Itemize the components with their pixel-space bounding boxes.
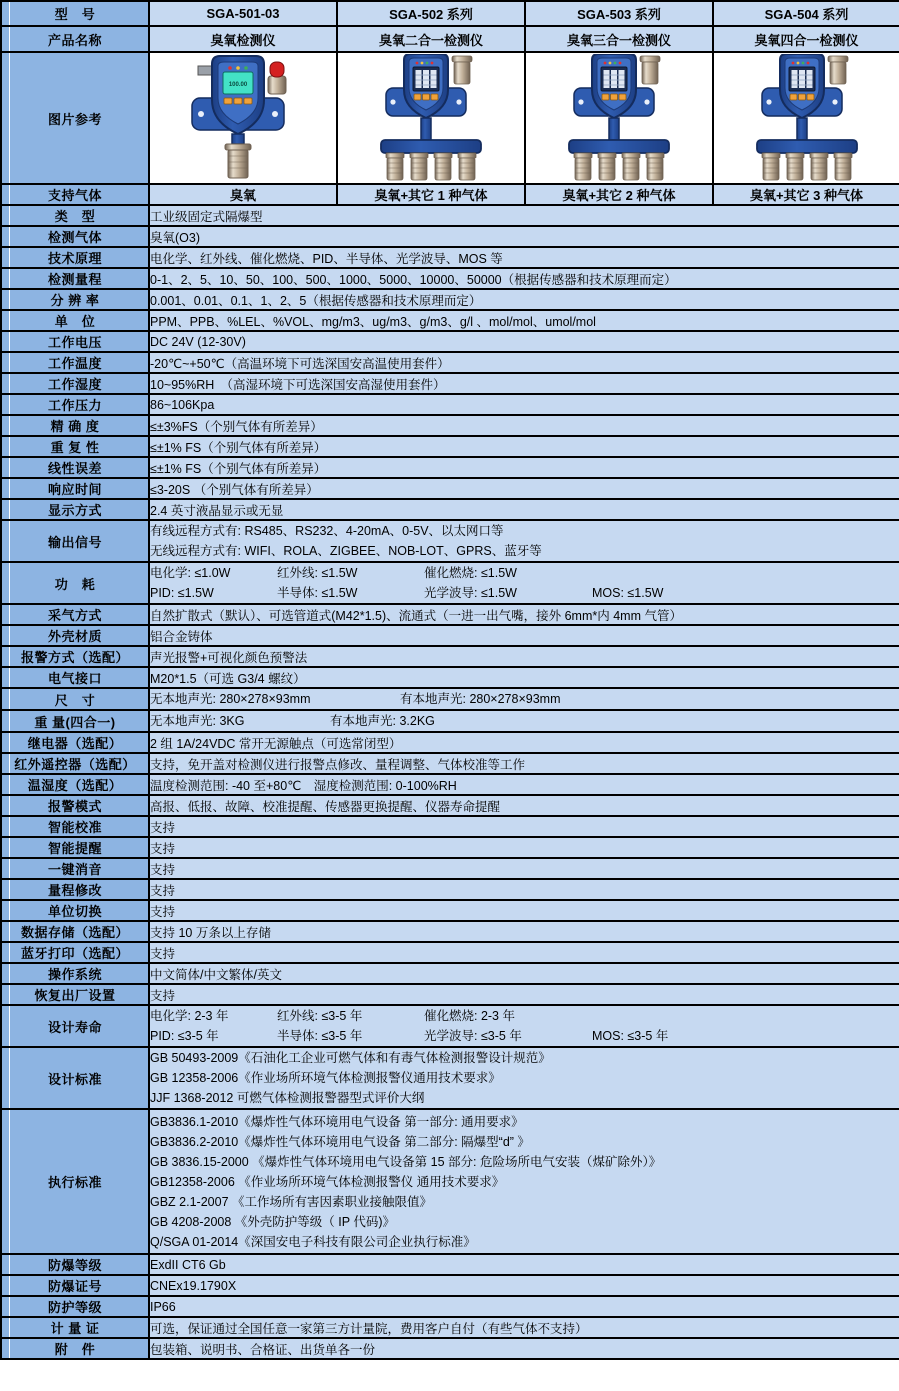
device-illustration-single: 100.00: [168, 54, 318, 182]
row-label: 数据存储（选配）: [1, 921, 149, 942]
row-label: 设计标准: [1, 1047, 149, 1109]
row-label: 工作压力: [1, 394, 149, 415]
value-cell: IP66: [149, 1296, 899, 1317]
row-label: 单 位: [1, 310, 149, 331]
value-cell: 支持: [149, 816, 899, 837]
row-label: 智能校准: [1, 816, 149, 837]
row-label: 功 耗: [1, 562, 149, 604]
value-cell: M20*1.5（可选 G3/4 螺纹）: [149, 667, 899, 688]
value-cell: 自然扩散式（默认）、可选管道式(M42*1.5)、流通式（一进一出气嘴，接外 6…: [149, 604, 899, 625]
value-cell: GB 50493-2009《石油化工企业可燃气体和有毒气体检测报警设计规范》GB…: [149, 1047, 899, 1109]
value-cell: -20℃~+50℃（高温环境下可选深国安高温使用套件）: [149, 352, 899, 373]
value-cell: ExdII CT6 Gb: [149, 1254, 899, 1275]
row-display: 显示方式2.4 英寸液晶显示或无显: [1, 499, 899, 520]
value-cell: 臭氧: [149, 184, 337, 205]
value-cell: 有线远程方式有: RS485、RS232、4-20mA、0-5V、以太网口等无线…: [149, 520, 899, 562]
value-segment: 电化学: 2-3 年: [150, 1006, 277, 1026]
product-image-sga-504: [713, 52, 899, 184]
value-line: 无本地声光: 280×278×93mm有本地声光: 280×278×93mm: [150, 689, 899, 709]
value-line: GB 12358-2006《作业场所环境气体检测报警仪通用技术要求》: [150, 1068, 899, 1088]
row-sampling: 采气方式自然扩散式（默认）、可选管道式(M42*1.5)、流通式（一进一出气嘴，…: [1, 604, 899, 625]
value-segment: 有本地声光: 280×278×93mm: [400, 689, 561, 709]
row-label: 附 件: [1, 1338, 149, 1359]
value-cell: 可选，保证通过全国任意一家第三方计量院，费用客户自付（有些气体不支持）: [149, 1317, 899, 1338]
product-image-sga-503: [525, 52, 713, 184]
value-segment: MOS: ≤3-5 年: [592, 1026, 668, 1046]
value-line: 无线远程方式有: WIFI、ROLA、ZIGBEE、NOB-LOT、GPRS、蓝…: [150, 541, 899, 561]
value-cell: 2 组 1A/24VDC 常开无源触点（可选常闭型）: [149, 732, 899, 753]
device-illustration-multi: [356, 54, 506, 182]
row-pressure: 工作压力86~106Kpa: [1, 394, 899, 415]
row-repeatability: 重 复 性≤±1% FS（个别气体有所差异）: [1, 436, 899, 457]
row-housing: 外壳材质铝合金铸体: [1, 625, 899, 646]
row-explosion-proof-grade: 防爆等级ExdII CT6 Gb: [1, 1254, 899, 1275]
value-segment: 催化燃烧: ≤1.5W: [424, 563, 517, 583]
row-alarm-modes: 报警模式高报、低报、故障、校准提醒、传感器更换提醒、仪器寿命提醒: [1, 795, 899, 816]
value-segment: PID: ≤3-5 年: [150, 1026, 277, 1046]
row-label: 继电器（选配）: [1, 732, 149, 753]
row-response-time: 响应时间≤3-20S （个别气体有所差异）: [1, 478, 899, 499]
value-cell: 0-1、2、5、10、50、100、500、1000、5000、10000、50…: [149, 268, 899, 289]
value-cell: 高报、低报、故障、校准提醒、传感器更换提醒、仪器寿命提醒: [149, 795, 899, 816]
value-cell: 温度检测范围: -40 至+80℃ 湿度检测范围: 0-100%RH: [149, 774, 899, 795]
value-line: GB3836.2-2010《爆炸性气体环境用电气设备 第二部分: 隔爆型“d” …: [150, 1132, 899, 1152]
row-label: 重 复 性: [1, 436, 149, 457]
row-label: 采气方式: [1, 604, 149, 625]
value-segment: 半导体: ≤3-5 年: [277, 1026, 424, 1046]
value-cell: 臭氧检测仪: [149, 26, 337, 52]
value-segment: PID: ≤1.5W: [150, 583, 277, 603]
value-cell: SGA-501-03: [149, 1, 337, 26]
value-segment: 光学波导: ≤3-5 年: [424, 1026, 592, 1046]
value-cell: 工业级固定式隔爆型: [149, 205, 899, 226]
value-line: 无本地声光: 3KG有本地声光: 3.2KG: [150, 711, 899, 731]
row-accuracy: 精 确 度≤±3%FS（个别气体有所差异）: [1, 415, 899, 436]
value-line: GBZ 2.1-2007 《工作场所有害因素职业接触限值》: [150, 1192, 899, 1212]
row-resolution: 分 辨 率0.001、0.01、0.1、1、2、5（根据传感器和技术原理而定）: [1, 289, 899, 310]
value-cell: 臭氧三合一检测仪: [525, 26, 713, 52]
value-cell: 支持: [149, 879, 899, 900]
value-cell: 0.001、0.01、0.1、1、2、5（根据传感器和技术原理而定）: [149, 289, 899, 310]
row-design-life: 设计寿命电化学: 2-3 年红外线: ≤3-5 年催化燃烧: 2-3 年PID:…: [1, 1005, 899, 1047]
row-type: 类 型工业级固定式隔爆型: [1, 205, 899, 226]
value-cell: 电化学: 2-3 年红外线: ≤3-5 年催化燃烧: 2-3 年PID: ≤3-…: [149, 1005, 899, 1047]
row-units: 单 位PPM、PPB、%LEL、%VOL、mg/m3、ug/m3、g/m3、g/…: [1, 310, 899, 331]
value-cell: ≤3-20S （个别气体有所差异）: [149, 478, 899, 499]
row-label: 蓝牙打印（选配）: [1, 942, 149, 963]
value-cell: 支持: [149, 900, 899, 921]
value-cell: 臭氧(O3): [149, 226, 899, 247]
row-label: 设计寿命: [1, 1005, 149, 1047]
row-label: 型 号: [1, 1, 149, 26]
value-cell: 臭氧二合一检测仪: [337, 26, 525, 52]
value-cell: 臭氧+其它 3 种气体: [713, 184, 899, 205]
row-weight: 重 量(四合一)无本地声光: 3KG有本地声光: 3.2KG: [1, 710, 899, 732]
value-segment: 电化学: ≤1.0W: [150, 563, 277, 583]
row-factory-reset: 恢复出厂设置支持: [1, 984, 899, 1005]
row-label: 红外遥控器（选配）: [1, 753, 149, 774]
value-line: GB12358-2006 《作业场所环境气体检测报警仪 通用技术要求》: [150, 1172, 899, 1192]
row-label: 恢复出厂设置: [1, 984, 149, 1005]
row-smart-calibration: 智能校准支持: [1, 816, 899, 837]
value-cell: SGA-504 系列: [713, 1, 899, 26]
value-line: 电化学: 2-3 年红外线: ≤3-5 年催化燃烧: 2-3 年: [150, 1006, 899, 1026]
row-model: 型 号SGA-501-03SGA-502 系列SGA-503 系列SGA-504…: [1, 1, 899, 26]
value-cell: 包装箱、说明书、合格证、出货单各一份: [149, 1338, 899, 1359]
value-cell: 无本地声光: 280×278×93mm有本地声光: 280×278×93mm: [149, 688, 899, 710]
row-bt-print: 蓝牙打印（选配）支持: [1, 942, 899, 963]
row-label: 响应时间: [1, 478, 149, 499]
value-cell: 支持: [149, 942, 899, 963]
value-cell: ≤±3%FS（个别气体有所差异）: [149, 415, 899, 436]
row-alarm-method: 报警方式（选配）声光报警+可视化颜色预警法: [1, 646, 899, 667]
value-cell: 86~106Kpa: [149, 394, 899, 415]
row-label: 分 辨 率: [1, 289, 149, 310]
product-image-sga-501-03: 100.00: [149, 52, 337, 184]
value-segment: 无本地声光: 280×278×93mm: [150, 689, 400, 709]
row-voltage: 工作电压DC 24V (12-30V): [1, 331, 899, 352]
row-label: 操作系统: [1, 963, 149, 984]
row-label: 产品名称: [1, 26, 149, 52]
value-cell: 支持: [149, 858, 899, 879]
row-linearity: 线性误差≤±1% FS（个别气体有所差异）: [1, 457, 899, 478]
row-label: 重 量(四合一): [1, 710, 149, 732]
row-power-consumption: 功 耗电化学: ≤1.0W红外线: ≤1.5W催化燃烧: ≤1.5WPID: ≤…: [1, 562, 899, 604]
value-cell: 臭氧四合一检测仪: [713, 26, 899, 52]
row-explosion-proof-cert: 防爆证号CNEx19.1790X: [1, 1275, 899, 1296]
row-label: 量程修改: [1, 879, 149, 900]
row-label: 温湿度（选配）: [1, 774, 149, 795]
value-line: Q/SGA 01-2014《深国安电子科技有限公司企业执行标准》: [150, 1232, 899, 1252]
value-line: JJF 1368-2012 可燃气体检测报警器型式评价大纲: [150, 1088, 899, 1108]
row-humidity: 工作湿度10~95%RH （高湿环境下可选深国安高湿使用套件）: [1, 373, 899, 394]
device-illustration-multi: [544, 54, 694, 182]
value-line: 有线远程方式有: RS485、RS232、4-20mA、0-5V、以太网口等: [150, 521, 899, 541]
value-line: GB 4208-2008 《外壳防护等级（ IP 代码)》: [150, 1212, 899, 1232]
value-line: 电化学: ≤1.0W红外线: ≤1.5W催化燃烧: ≤1.5W: [150, 563, 899, 583]
row-smart-reminder: 智能提醒支持: [1, 837, 899, 858]
value-segment: 红外线: ≤1.5W: [277, 563, 424, 583]
value-line: PID: ≤1.5W半导体: ≤1.5W光学波导: ≤1.5WMOS: ≤1.5…: [150, 583, 899, 603]
row-range-modify: 量程修改支持: [1, 879, 899, 900]
row-label: 类 型: [1, 205, 149, 226]
row-mute: 一键消音支持: [1, 858, 899, 879]
row-design-standards: 设计标准GB 50493-2009《石油化工企业可燃气体和有毒气体检测报警设计规…: [1, 1047, 899, 1109]
value-line: PID: ≤3-5 年半导体: ≤3-5 年光学波导: ≤3-5 年MOS: ≤…: [150, 1026, 899, 1046]
row-data-storage: 数据存储（选配）支持 10 万条以上存储: [1, 921, 899, 942]
row-label: 防爆等级: [1, 1254, 149, 1275]
row-os: 操作系统中文简体/中文繁体/英文: [1, 963, 899, 984]
row-label: 尺 寸: [1, 688, 149, 710]
row-label: 线性误差: [1, 457, 149, 478]
row-label: 报警模式: [1, 795, 149, 816]
row-dimensions: 尺 寸无本地声光: 280×278×93mm有本地声光: 280×278×93m…: [1, 688, 899, 710]
row-label: 防爆证号: [1, 1275, 149, 1296]
value-cell: 支持: [149, 984, 899, 1005]
value-cell: 铝合金铸体: [149, 625, 899, 646]
row-range: 检测量程0-1、2、5、10、50、100、500、1000、5000、1000…: [1, 268, 899, 289]
value-cell: 无本地声光: 3KG有本地声光: 3.2KG: [149, 710, 899, 732]
row-label: 检测气体: [1, 226, 149, 247]
value-segment: 无本地声光: 3KG: [150, 711, 330, 731]
row-output-signal: 输出信号有线远程方式有: RS485、RS232、4-20mA、0-5V、以太网…: [1, 520, 899, 562]
value-segment: 红外线: ≤3-5 年: [277, 1006, 424, 1026]
value-cell: 支持: [149, 837, 899, 858]
row-gas: 支持气体臭氧臭氧+其它 1 种气体臭氧+其它 2 种气体臭氧+其它 3 种气体: [1, 184, 899, 205]
value-cell: 电化学: ≤1.0W红外线: ≤1.5W催化燃烧: ≤1.5WPID: ≤1.5…: [149, 562, 899, 604]
value-cell: ≤±1% FS（个别气体有所差异）: [149, 457, 899, 478]
row-label: 工作温度: [1, 352, 149, 373]
value-segment: 半导体: ≤1.5W: [277, 583, 424, 603]
row-temp-humidity: 温湿度（选配）温度检测范围: -40 至+80℃ 湿度检测范围: 0-100%R…: [1, 774, 899, 795]
row-label: 智能提醒: [1, 837, 149, 858]
row-label: 电气接口: [1, 667, 149, 688]
spec-table: 型 号SGA-501-03SGA-502 系列SGA-503 系列SGA-504…: [0, 0, 899, 1360]
row-label: 工作湿度: [1, 373, 149, 394]
row-label: 支持气体: [1, 184, 149, 205]
value-cell: 2.4 英寸液晶显示或无显: [149, 499, 899, 520]
row-execution-standards: 执行标准GB3836.1-2010《爆炸性气体环境用电气设备 第一部分: 通用要…: [1, 1109, 899, 1254]
value-cell: 声光报警+可视化颜色预警法: [149, 646, 899, 667]
value-cell: 臭氧+其它 2 种气体: [525, 184, 713, 205]
value-line: GB 50493-2009《石油化工企业可燃气体和有毒气体检测报警设计规范》: [150, 1048, 899, 1068]
value-cell: 支持，免开盖对检测仪进行报警点修改、量程调整、气体校准等工作: [149, 753, 899, 774]
value-cell: 中文简体/中文繁体/英文: [149, 963, 899, 984]
value-cell: CNEx19.1790X: [149, 1275, 899, 1296]
row-image: 图片参考 100.00: [1, 52, 899, 184]
row-label: 输出信号: [1, 520, 149, 562]
row-label: 单位切换: [1, 900, 149, 921]
gas-detector-spec-sheet: 型 号SGA-501-03SGA-502 系列SGA-503 系列SGA-504…: [0, 0, 899, 1391]
row-label: 显示方式: [1, 499, 149, 520]
value-cell: SGA-503 系列: [525, 1, 713, 26]
row-label: 防护等级: [1, 1296, 149, 1317]
row-label: 外壳材质: [1, 625, 149, 646]
row-label: 一键消音: [1, 858, 149, 879]
value-cell: 臭氧+其它 1 种气体: [337, 184, 525, 205]
row-label: 报警方式（选配）: [1, 646, 149, 667]
row-label: 检测量程: [1, 268, 149, 289]
row-temperature: 工作温度-20℃~+50℃（高温环境下可选深国安高温使用套件）: [1, 352, 899, 373]
value-cell: ≤±1% FS（个别气体有所差异）: [149, 436, 899, 457]
value-line: GB3836.1-2010《爆炸性气体环境用电气设备 第一部分: 通用要求》: [150, 1112, 899, 1132]
row-label: 图片参考: [1, 52, 149, 184]
value-cell: 支持 10 万条以上存储: [149, 921, 899, 942]
value-segment: 光学波导: ≤1.5W: [424, 583, 592, 603]
row-label: 工作电压: [1, 331, 149, 352]
row-label: 计 量 证: [1, 1317, 149, 1338]
value-segment: 有本地声光: 3.2KG: [330, 711, 435, 731]
row-target-gas: 检测气体臭氧(O3): [1, 226, 899, 247]
device-illustration-multi: [732, 54, 882, 182]
value-cell: 电化学、红外线、催化燃烧、PID、半导体、光学波导、MOS 等: [149, 247, 899, 268]
value-cell: 10~95%RH （高湿环境下可选深国安高湿使用套件）: [149, 373, 899, 394]
row-metrology-cert: 计 量 证可选，保证通过全国任意一家第三方计量院，费用客户自付（有些气体不支持）: [1, 1317, 899, 1338]
row-relay: 继电器（选配）2 组 1A/24VDC 常开无源触点（可选常闭型）: [1, 732, 899, 753]
value-segment: 催化燃烧: 2-3 年: [424, 1006, 515, 1026]
row-accessories: 附 件包装箱、说明书、合格证、出货单各一份: [1, 1338, 899, 1359]
value-cell: GB3836.1-2010《爆炸性气体环境用电气设备 第一部分: 通用要求》GB…: [149, 1109, 899, 1254]
row-product-name: 产品名称臭氧检测仪臭氧二合一检测仪臭氧三合一检测仪臭氧四合一检测仪: [1, 26, 899, 52]
spec-table-body: 型 号SGA-501-03SGA-502 系列SGA-503 系列SGA-504…: [1, 1, 899, 1359]
row-ir-remote: 红外遥控器（选配）支持，免开盖对检测仪进行报警点修改、量程调整、气体校准等工作: [1, 753, 899, 774]
row-principle: 技术原理电化学、红外线、催化燃烧、PID、半导体、光学波导、MOS 等: [1, 247, 899, 268]
row-unit-switch: 单位切换支持: [1, 900, 899, 921]
value-cell: PPM、PPB、%LEL、%VOL、mg/m3、ug/m3、g/m3、g/l 、…: [149, 310, 899, 331]
value-line: GB 3836.15-2000 《爆炸性气体环境用电气设备第 15 部分: 危险…: [150, 1152, 899, 1172]
row-label: 精 确 度: [1, 415, 149, 436]
row-electrical-port: 电气接口M20*1.5（可选 G3/4 螺纹）: [1, 667, 899, 688]
row-label: 技术原理: [1, 247, 149, 268]
svg-text:100.00: 100.00: [229, 82, 248, 88]
value-cell: SGA-502 系列: [337, 1, 525, 26]
value-cell: DC 24V (12-30V): [149, 331, 899, 352]
row-ip-rating: 防护等级IP66: [1, 1296, 899, 1317]
value-segment: MOS: ≤1.5W: [592, 583, 663, 603]
row-label: 执行标准: [1, 1109, 149, 1254]
product-image-sga-502: [337, 52, 525, 184]
